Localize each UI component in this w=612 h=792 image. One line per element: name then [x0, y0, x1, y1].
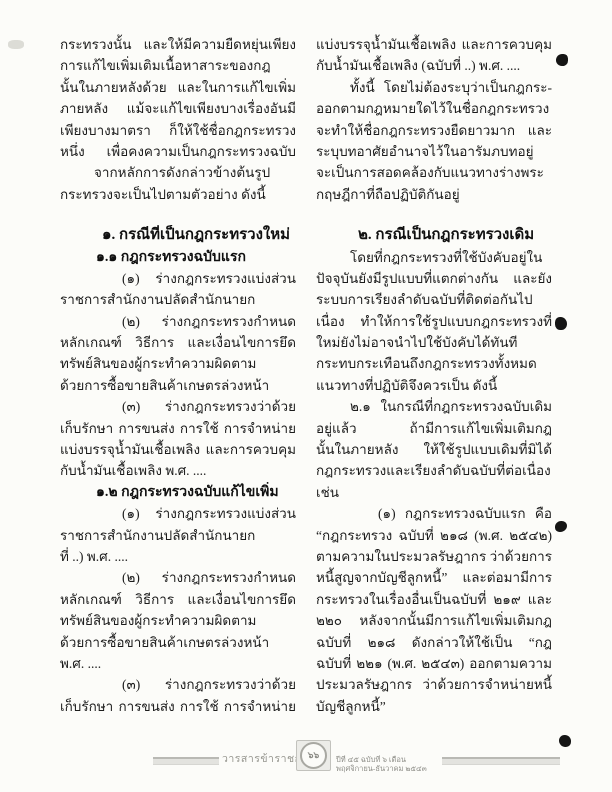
right-text-column: แบ่งบรรจุน้ำมันเชื้อเพลิง และการควบคุมเก… [316, 34, 552, 717]
text-line: ทรัพย์สินของผู้กระทำความผิดตามกฎหมายว่า [60, 353, 296, 374]
text-line: (๓) ร่างกฎกระทรวงว่าด้วยการ [60, 396, 296, 417]
text-line: แนวทางที่ปฏิบัติจึงควรเป็น ดังนี้ [316, 375, 552, 396]
text-line: ราชการสำนักงานปลัดสำนักนายกรัฐมนตรี (ฉบั… [60, 525, 296, 546]
text-line: (๑) ร่างกฎกระทรวงแบ่งส่วน [60, 268, 296, 289]
text-line: การแก้ไขเพิ่มเติมเนื้อหาสาระของกฎกระทรวง [60, 55, 296, 76]
text-line: ๒. กรณีเป็นกฎกระทรวงเดิม [316, 225, 552, 246]
ink-spot [556, 54, 568, 66]
text-line: หลักเกณฑ์ วิธีการ และเงื่อนไขการยึดหรืออ… [60, 589, 296, 610]
left-text-column: กระทรวงนั้น และให้มีความยืดหยุ่นเพียงพอใ… [60, 34, 296, 717]
scanned-document-page: กระทรวงนั้น และให้มีความยืดหยุ่นเพียงพอใ… [0, 0, 612, 792]
text-line: กระทรวงจะเป็นไปตามตัวอย่าง ดังนี้ [60, 184, 296, 205]
scan-smudge [8, 40, 24, 49]
text-line: ออกตามกฎหมายใดไว้ในชื่อกฎกระทรวง เพราะ [316, 98, 552, 119]
text-line: หลักเกณฑ์ วิธีการ และเงื่อนไขการยึดหรืออ… [60, 332, 296, 353]
text-line: เนื่อง ทำให้การใช้รูปแบบกฎกระทรวงที่กำหน… [316, 311, 552, 332]
page-footer: วารสารข้าราชการ ๖๖ ปีที่ ๔๕ ฉบับที่ ๖ เด… [0, 738, 612, 778]
text-line: ทั้งนี้ โดยไม่ต้องระบุว่าเป็นกฎกระ-ทรวงท… [316, 77, 552, 98]
footer-rule-left [153, 757, 219, 765]
text-line: โดยที่กฎกระทรวงที่ใช้บังคับอยู่ใน [316, 247, 552, 268]
text-line: เก็บรักษา การขนส่ง การใช้ การจำหน่าย การ [60, 418, 296, 439]
text-line: ๑. กรณีที่เป็นกฎกระทรวงใหม่ [60, 225, 296, 246]
text-line: ๑.๒ กฎกระทรวงฉบับแก้ไขเพิ่มเติม [60, 482, 296, 503]
text-line: ระบบการเรียงลำดับฉบับที่ติดต่อกันไปโดยต่… [316, 289, 552, 310]
page-number-badge: ๖๖ [296, 740, 331, 771]
ink-spot [555, 521, 567, 532]
text-line: (๓) ร่างกฎกระทรวงว่าด้วยการ [60, 674, 296, 695]
text-line: กระทบกระเทือนถึงกฎกระทรวงทั้งหมด ฉะนั้น [316, 353, 552, 374]
text-line: ๑.๑ กฎกระทรวงฉบับแรก [60, 247, 296, 268]
footer-rule-right [442, 757, 560, 765]
text-line: ประมวลรัษฎากร ว่าด้วยการจำหน่ายหนี้สูญจา… [316, 674, 552, 695]
text-line: (๒) ร่างกฎกระทรวงกำหนด [60, 567, 296, 588]
text-line: แบ่งบรรจุน้ำมันเชื้อเพลิง และการควบคุมเก… [60, 439, 296, 460]
page-number: ๖๖ [300, 742, 327, 769]
text-line: ภายหลัง แม้จะแก้ไขเพียงบางเรื่องอันมีฐาน… [60, 98, 296, 119]
text-line: จากหลักการดังกล่าวข้างต้นรูปแบบกฎ [60, 162, 296, 183]
issue-info: ปีที่ ๔๕ ฉบับที่ ๖ เดือนพฤศจิกายน-ธันวาค… [336, 755, 440, 773]
text-line: หนึ่ง เพื่อคงความเป็นกฎกระทรวงฉบับเดียวก… [60, 141, 296, 162]
text-line: ด้วยการซื้อขายสินค้าเกษตรล่วงหน้า (ฉบับท… [60, 632, 296, 653]
text-line: ๒.๑ ในกรณีที่กฎกระทรวงฉบับเดิมมี [316, 396, 552, 417]
text-line: เพียงบางมาตรา ก็ให้ใช้ชื่อกฎกระทรวงตามฉบ… [60, 120, 296, 141]
text-line: เช่น [316, 482, 552, 503]
text-line: ตามความในประมวลรัษฎากร ว่าด้วยการจำหน่าย [316, 546, 552, 567]
text-line: นั้นในภายหลัง ให้ใช้รูปแบบเดิมที่มิได้ระ… [316, 439, 552, 460]
text-line: ฉบับที่ ๒๒๑ (พ.ศ. ๒๕๔๓) ออกตามความใน [316, 653, 552, 674]
ink-spot [555, 317, 567, 330]
journal-name: วารสารข้าราชการ [222, 753, 296, 767]
text-line: กระทรวงนั้น และให้มีความยืดหยุ่นเพียงพอใ… [60, 34, 296, 55]
text-line: หนี้สูญจากบัญชีลูกหนี้” และต่อมามีการออก… [316, 567, 552, 588]
text-line: ปัจจุบันยังมีรูปแบบที่แตกต่างกัน และยังใ… [316, 268, 552, 289]
text-line: “กฎกระทรวง ฉบับที่ ๒๑๘ (พ.ศ. ๒๕๔๒) ออก [316, 525, 552, 546]
text-line: ที่ ..) พ.ศ. .... [60, 546, 296, 567]
text-line: กับน้ำมันเชื้อเพลิง พ.ศ. .... [60, 460, 296, 481]
text-line: กระทรวงในเรื่องอื่นเป็นฉบับที่ ๒๑๙ และฉบ… [316, 589, 552, 610]
text-line: (๑) ร่างกฎกระทรวงแบ่งส่วน [60, 503, 296, 524]
ink-spot [559, 735, 571, 747]
text-line: อยู่แล้ว ถ้ามีการแก้ไขเพิ่มเติมกฎกระทรวง… [316, 418, 552, 439]
text-line: ระบุบทอาศัยอำนาจไว้ในอารัมภบทอยู่แล้ว แล… [316, 141, 552, 162]
text-line: แบ่งบรรจุน้ำมันเชื้อเพลิง และการควบคุมเก… [316, 34, 552, 55]
text-line: ใหม่ยังไม่อาจนำไปใช้บังคับได้ทันที เพราะ… [316, 332, 552, 353]
text-line: (๑) กฎกระทรวงฉบับแรก คือ [316, 503, 552, 524]
text-line: ฉบับที่ ๒๑๘ ดังกล่าวให้ใช้เป็น “กฎกระทรว… [316, 632, 552, 653]
text-line: พ.ศ. .... [60, 653, 296, 674]
text-line: จะเป็นการสอดคล้องกับแนวทางร่างพระราช [316, 162, 552, 183]
text-line: กฤษฎีกาที่ถือปฏิบัติกันอยู่ [316, 184, 552, 205]
text-line: ทรัพย์สินของผู้กระทำความผิดตามกฎหมายว่า [60, 610, 296, 631]
text-line: ๒๒๐ หลังจากนั้นมีการแก้ไขเพิ่มเติมกฎกระท… [316, 610, 552, 631]
text-line: ด้วยการซื้อขายสินค้าเกษตรล่วงหน้า พ.ศ. .… [60, 375, 296, 396]
text-line: กฎกระทรวงและเรียงลำดับฉบับที่ต่อเนื่องกั… [316, 460, 552, 481]
text-line: กับน้ำมันเชื้อเพลิง (ฉบับที่ ..) พ.ศ. ..… [316, 55, 552, 76]
text-line: นั้นในภายหลังด้วย และในการแก้ไขเพิ่มเติม [60, 77, 296, 98]
text-line: เก็บรักษา การขนส่ง การใช้ การจำหน่าย การ [60, 696, 296, 717]
text-line: บัญชีลูกหนี้” [316, 696, 552, 717]
text-line: จะทำให้ชื่อกฎกระทรวงยืดยาวมาก และได้มีกา… [316, 120, 552, 141]
text-line: (๒) ร่างกฎกระทรวงกำหนด [60, 311, 296, 332]
text-line: ราชการสำนักงานปลัดสำนักนายกรัฐมนตรี พ.ศ.… [60, 289, 296, 310]
